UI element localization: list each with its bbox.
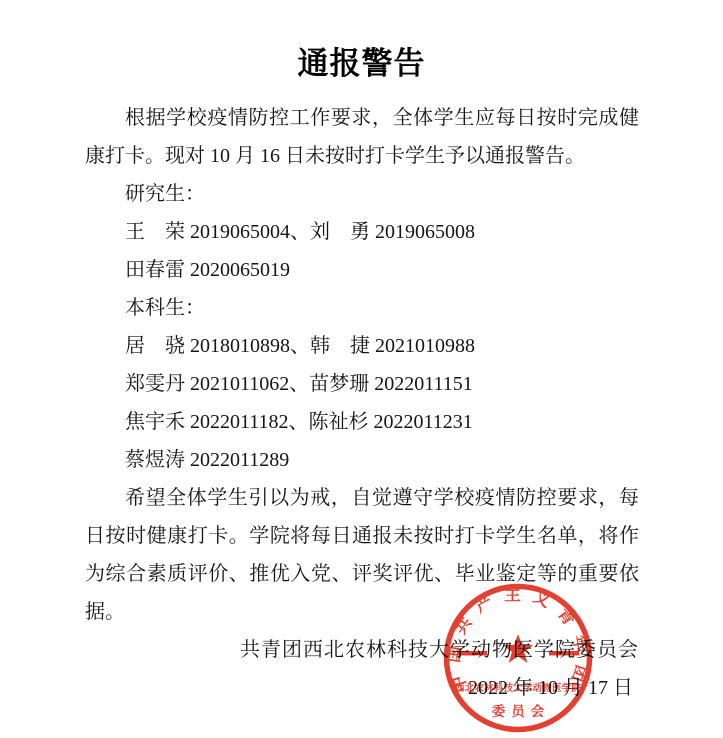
student-line-graduate-2: 田春雷 2020065019 (85, 251, 639, 289)
student-line-undergraduate-1: 居 骁 2018010898、韩 捷 2021010988 (85, 327, 639, 365)
document-body: 根据学校疫情防控工作要求，全体学生应每日按时完成健康打卡。现对 10 月 16 … (85, 99, 639, 707)
date-line: 2022 年 10 月 17 日 (85, 669, 639, 707)
graduate-section-label: 研究生： (85, 175, 639, 213)
closing-paragraph: 希望全体学生引以为戒，自觉遵守学校疫情防控要求，每日按时健康打卡。学院将每日通报… (85, 479, 639, 631)
undergraduate-section-label: 本科生： (85, 289, 639, 327)
intro-paragraph: 根据学校疫情防控工作要求，全体学生应每日按时完成健康打卡。现对 10 月 16 … (85, 99, 639, 175)
notice-document-page: 通报警告 根据学校疫情防控工作要求，全体学生应每日按时完成健康打卡。现对 10 … (0, 0, 723, 738)
signature-line: 共青团西北农林科技大学动物医学院委员会 (85, 631, 639, 669)
student-line-graduate-1: 王 荣 2019065004、刘 勇 2019065008 (85, 213, 639, 251)
document-title: 通报警告 (0, 0, 723, 83)
student-line-undergraduate-3: 焦宇禾 2022011182、陈祉杉 2022011231 (85, 403, 639, 441)
student-line-undergraduate-2: 郑雯丹 2021011062、苗梦珊 2022011151 (85, 365, 639, 403)
student-line-undergraduate-4: 蔡煜涛 2022011289 (85, 441, 639, 479)
